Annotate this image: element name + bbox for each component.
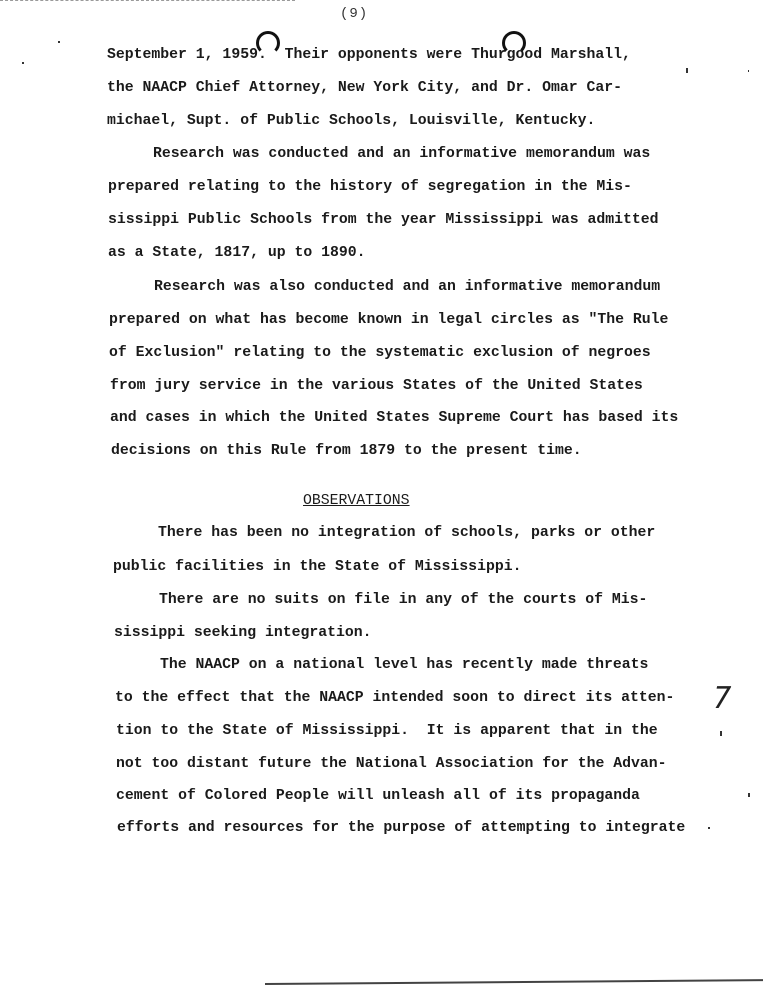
top-edge-dashes (0, 0, 295, 3)
bottom-edge-line (265, 979, 763, 985)
text-line: The NAACP on a national level has recent… (160, 656, 648, 674)
text-line: cement of Colored People will unleash al… (116, 787, 640, 805)
text-line: the NAACP Chief Attorney, New York City,… (107, 79, 622, 97)
text-line: to the effect that the NAACP intended so… (115, 689, 674, 707)
text-line: sissippi seeking integration. (114, 624, 372, 642)
handwritten-margin-note: 7 (708, 681, 735, 716)
text-line: not too distant future the National Asso… (116, 755, 667, 773)
speck (748, 793, 750, 797)
text-line: There are no suits on file in any of the… (159, 591, 647, 609)
text-line: from jury service in the various States … (110, 377, 643, 395)
speck (720, 731, 722, 736)
text-line: efforts and resources for the purpose of… (117, 819, 685, 837)
text-line: of Exclusion" relating to the systematic… (109, 344, 651, 362)
speck (22, 62, 24, 64)
text-line: as a State, 1817, up to 1890. (108, 244, 366, 262)
text-line: Research was conducted and an informativ… (153, 145, 650, 163)
text-line: sissippi Public Schools from the year Mi… (108, 211, 659, 229)
text-line: michael, Supt. of Public Schools, Louisv… (107, 112, 595, 130)
text-line: decisions on this Rule from 1879 to the … (111, 442, 582, 460)
speck (708, 827, 710, 829)
text-line: Research was also conducted and an infor… (154, 278, 660, 296)
text-line: September 1, 1959. Their opponents were … (107, 46, 631, 64)
text-line: public facilities in the State of Missis… (113, 558, 521, 576)
text-line: prepared on what has become known in leg… (109, 311, 668, 329)
text-line: prepared relating to the history of segr… (108, 178, 632, 196)
speck (58, 41, 60, 43)
page-number: (9) (340, 6, 368, 22)
speck (748, 70, 749, 72)
text-line: There has been no integration of schools… (158, 524, 655, 542)
text-line: tion to the State of Mississippi. It is … (116, 722, 658, 740)
speck (686, 68, 688, 73)
section-heading-observations: OBSERVATIONS (303, 492, 410, 510)
text-line: and cases in which the United States Sup… (110, 409, 678, 427)
